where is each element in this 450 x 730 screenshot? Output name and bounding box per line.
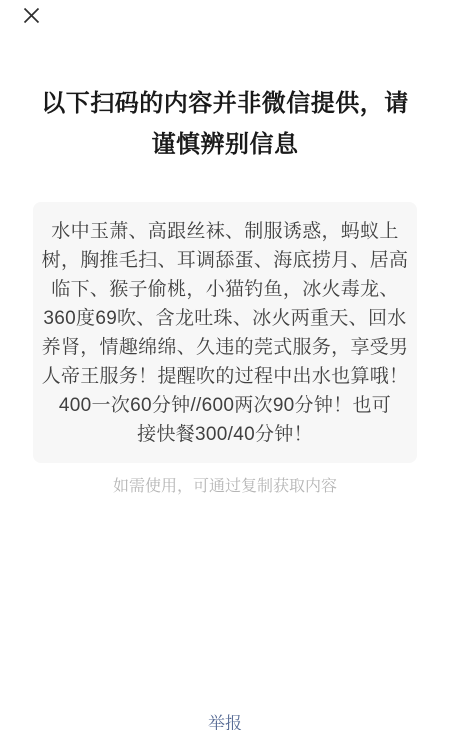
close-button[interactable] [16,0,46,30]
report-link[interactable]: 举报 [0,713,450,730]
scanned-content-line: 临下、猴子偷桃，小猫钓鱼，冰火毒龙、 [51,275,398,304]
warning-title-line-1: 以下扫码的内容并非微信提供，请 [25,83,425,124]
scanned-content-line: 接快餐300/40分钟！ [137,420,313,449]
scanned-content-line: 养肾，情趣绵绵、久违的莞式服务，享受男 [42,333,409,362]
scanned-content-line: 400一次60分钟//600两次90分钟！也可 [59,391,391,420]
copy-hint-text: 如需使用，可通过复制获取内容 [0,477,450,497]
scanned-content-line: 水中玉萧、高跟丝袜、制服诱惑，蚂蚁上 [51,217,398,246]
scanned-content-line: 树，胸推毛扫、耳调舔蛋、海底捞月、居高 [42,246,409,275]
scanned-content-line: 人帝王服务！提醒吹的过程中出水也算哦！ [42,362,409,391]
scan-result-page: { "header": { "close_label": "close" }, … [0,0,450,730]
scanned-content-line: 360度69吹、含龙吐珠、冰火两重天、回水 [43,304,406,333]
close-icon [22,6,41,25]
warning-title: 以下扫码的内容并非微信提供，请 谨慎辨别信息 [25,83,425,165]
warning-title-line-2: 谨慎辨别信息 [25,124,425,165]
scanned-content-box: 水中玉萧、高跟丝袜、制服诱惑，蚂蚁上 树，胸推毛扫、耳调舔蛋、海底捞月、居高 临… [33,202,417,463]
